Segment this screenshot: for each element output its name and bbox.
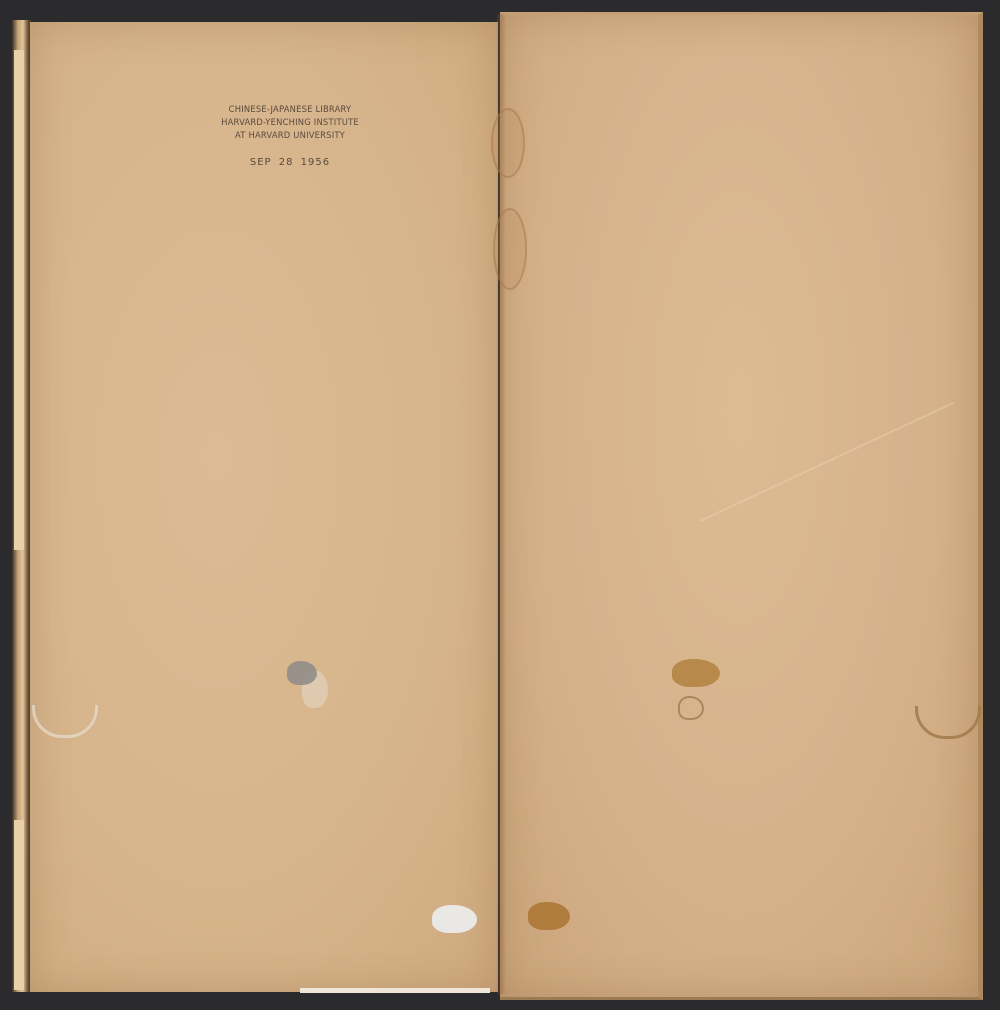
stamp-date: SEP 28 1956 <box>200 157 380 168</box>
book-spine-edge <box>12 20 32 992</box>
library-stamp: CHINESE-JAPANESE LIBRARY HARVARD-YENCHIN… <box>200 103 380 168</box>
paper-stain <box>678 696 704 720</box>
edge-wear <box>14 820 24 990</box>
stamp-line-1: CHINESE-JAPANESE LIBRARY <box>200 103 380 116</box>
paper-stain <box>287 661 317 685</box>
page-bottom-edge <box>300 988 490 993</box>
gutter-stain <box>493 208 527 290</box>
scanned-spread: CHINESE-JAPANESE LIBRARY HARVARD-YENCHIN… <box>0 0 1000 1010</box>
paper-stain <box>528 902 570 930</box>
right-page <box>500 12 983 1000</box>
stamp-line-2: HARVARD-YENCHING INSTITUTE <box>200 116 380 129</box>
gutter-stain <box>491 108 525 178</box>
paper-damage <box>432 905 477 933</box>
paper-stain <box>672 659 720 687</box>
stamp-line-3: AT HARVARD UNIVERSITY <box>200 129 380 142</box>
edge-wear <box>14 50 24 550</box>
